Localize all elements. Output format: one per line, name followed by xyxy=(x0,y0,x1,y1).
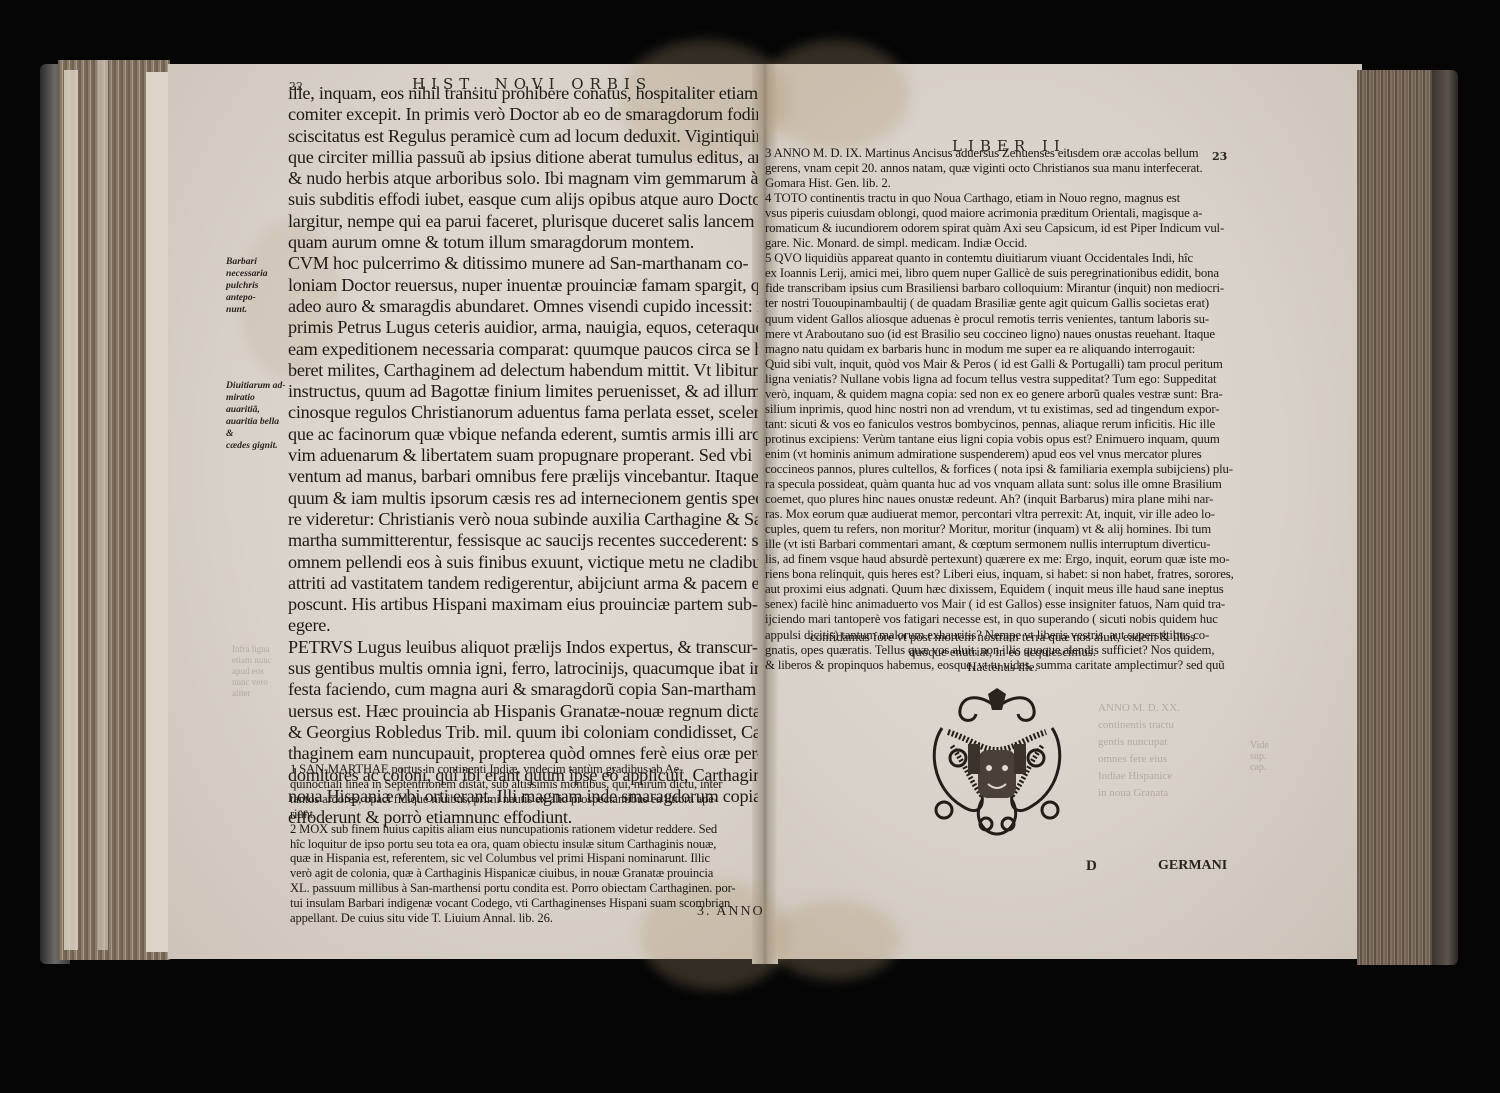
text-line: enim (vt hominis animum admiratione susp… xyxy=(765,447,1240,462)
text-line: sciscitatus est Regulus peramicè cum ad … xyxy=(288,126,758,147)
text-line: hîc loquitur de ipso portu seu tota ea o… xyxy=(290,837,760,852)
text-line: que ac facinorum quæ vbique nefanda eder… xyxy=(288,424,758,445)
text-line: beret milites, Carthaginem ad delectum h… xyxy=(288,360,758,381)
text-line: 5 QVO liquidiùs appareat quanto in conte… xyxy=(765,251,1240,266)
text-line: Hactenus ille. xyxy=(765,660,1240,675)
left-page-edges xyxy=(58,60,170,960)
text-line: fide transcribam ipsius cum Brasiliensi … xyxy=(765,281,1240,296)
text-line: PETRVS Lugus leuibus aliquot prælijs Ind… xyxy=(288,637,758,658)
text-line: tui insulam Barbari indigenæ vocant Code… xyxy=(290,896,760,911)
text-line: quum & iam multis ipsorum cæsis res ad i… xyxy=(288,488,758,509)
text-line: vsus piperis cuiusdam oblongi, quod maio… xyxy=(765,206,1240,221)
margin-note-line: pulchris antepo- xyxy=(226,280,288,304)
text-line: cinosque regulos Christianorum aduentus … xyxy=(288,402,758,423)
margin-note-line: nunt. xyxy=(226,304,288,316)
text-line: martha summitterentur, fessisque ac sauc… xyxy=(288,530,758,551)
text-line: ter nostri Tououpinambaultij ( de quadam… xyxy=(765,296,1240,311)
margin-note-line: Barbari necessaria xyxy=(226,256,288,280)
text-line: ille (vt isti Barbari commentari amant, … xyxy=(765,537,1240,552)
text-line: verò agit de colonia, quæ à Carthaginis … xyxy=(290,866,760,881)
text-line: coccineos pannos, plures cultellos, & fo… xyxy=(765,462,1240,477)
text-line: festa faciendo, cum magna auri & smaragd… xyxy=(288,679,758,700)
text-line: magno natu quidam ex barbaris hunc in mo… xyxy=(765,342,1240,357)
signature-mark: D xyxy=(1086,858,1097,875)
text-line: ventum ad manus, barbari omnibus fere pr… xyxy=(288,466,758,487)
text-line: & nudo herbis atque arboribus solo. Ibi … xyxy=(288,168,758,189)
text-line: re videretur: Christianis verò noua subi… xyxy=(288,509,758,530)
text-line: attriti ad vastitatem tandem redigerentu… xyxy=(288,573,758,594)
left-body-text: ille, inquam, eos nihil transitu prohibe… xyxy=(288,83,758,828)
left-catchword: 3. ANNO xyxy=(697,904,765,920)
text-line: riens bona relinquit, quis heres est? Li… xyxy=(765,567,1240,582)
text-line: uersus est. Hæc prouincia ab Hispanis Gr… xyxy=(288,701,758,722)
margin-note: Barbari necessariapulchris antepo-nunt. xyxy=(226,256,288,316)
text-line: gare. Nic. Monard. de simpl. medicam. In… xyxy=(765,236,1240,251)
text-line: quam aurum omne & totum illum smaragdoru… xyxy=(288,232,758,253)
text-line: silium inprimis, quod hinc nostri non ad… xyxy=(765,402,1240,417)
text-line: confidamus fore vt post mortem nostram t… xyxy=(765,630,1240,645)
text-line: 3 ANNO M. D. IX. Martinus Ancisus aduers… xyxy=(765,146,1240,161)
text-line: CVM hoc pulcerrimo & ditissimo munere ad… xyxy=(288,253,758,274)
margin-note: Diuitiarum ad-miratio auaritiã,auaritia … xyxy=(226,380,288,452)
text-line: XL. passuum millibus à San-marthensi por… xyxy=(290,881,760,896)
text-line: aut proximi eius adgnati. Quum hæc dixis… xyxy=(765,582,1240,597)
text-line: quoque enutriat, in eo acquiescimus. xyxy=(765,645,1240,660)
text-line: quinoctiali linea in Septentrionem dista… xyxy=(290,777,760,792)
text-line: que circiter millia passuũ ab ipsius dit… xyxy=(288,147,758,168)
text-line: egere. xyxy=(288,615,758,636)
text-line: vim aduenarum & libertatem suam propugna… xyxy=(288,445,758,466)
text-line: adeo auro & smaragdis abundaret. Omnes v… xyxy=(288,296,758,317)
text-line: comiter excepit. In primis verò Doctor a… xyxy=(288,104,758,125)
right-closing-text: confidamus fore vt post mortem nostram t… xyxy=(765,630,1240,675)
text-line: eam expeditionem necessaria comparat: qu… xyxy=(288,339,758,360)
text-line: cuples, quem tu refers, non moritur? Mor… xyxy=(765,522,1240,537)
text-line: tantos ardores, opaci fidique niuibus, p… xyxy=(290,792,760,807)
text-line: suis subditis effodi iubet, easque cum a… xyxy=(288,189,758,210)
text-line: largitur, nempe qui ea parui faceret, pl… xyxy=(288,211,758,232)
left-footnotes: 1 SAN-MARTHAE portus in continenti Indiæ… xyxy=(290,762,760,926)
text-line: ille, inquam, eos nihil transitu prohibe… xyxy=(288,83,758,104)
text-line: ra specula possideat, quàm quanta huc ad… xyxy=(765,477,1240,492)
right-cover-board xyxy=(1432,70,1458,965)
text-line: quæ in Hispania est, referentem, sic vel… xyxy=(290,851,760,866)
text-line: ras. Mox eorum quæ audiuerat memor, perc… xyxy=(765,507,1240,522)
text-line: primis Petrus Lugus ceteris auidior, arm… xyxy=(288,317,758,338)
show-through-text: Infra lignaetiam nuncapud eosnunc veroal… xyxy=(232,644,282,699)
text-line: ijciendo mari tantoperè vos fatigari nec… xyxy=(765,612,1240,627)
margin-note-line: Diuitiarum ad- xyxy=(226,380,288,392)
margin-note-line: auaritia bella & xyxy=(226,416,288,440)
text-line: instructus, quum ad Bagottæ finium limit… xyxy=(288,381,758,402)
text-line: appellant. De cuius situ vide T. Liuium … xyxy=(290,911,760,926)
text-line: riunt. xyxy=(290,807,760,822)
text-line: gerens, vnam cepit 20. annos natam, quæ … xyxy=(765,161,1240,176)
text-line: & Georgius Robledus Trib. mil. quum ibi … xyxy=(288,722,758,743)
text-line: loniam Doctor reuersus, nuper inuentæ pr… xyxy=(288,275,758,296)
woodcut-ornament-icon xyxy=(922,688,1072,840)
show-through-margin: Videsup.cap. xyxy=(1250,740,1290,773)
text-line: omnem pellendi eos à suis finibus exuunt… xyxy=(288,552,758,573)
text-line: romaticum & iucundiorem odorem spirat qu… xyxy=(765,221,1240,236)
margin-note-line: cædes gignit. xyxy=(226,440,288,452)
text-line: tant: sicuti & vos eo faniculos vestros … xyxy=(765,417,1240,432)
text-line: sus gentibus multis omnia igni, ferro, l… xyxy=(288,658,758,679)
text-line: Quid sibi vult, inquit, quòd vos Mair & … xyxy=(765,357,1240,372)
margin-note-line: miratio auaritiã, xyxy=(226,392,288,416)
text-line: lis, ad finem vsque haud absurdè pertexu… xyxy=(765,552,1240,567)
open-book: 22 HIST. NOVI ORBIS ille, inquam, eos ni… xyxy=(0,0,1500,1093)
text-line: ex Ioannis Lerij, amici mei, libro quem … xyxy=(765,266,1240,281)
text-line: Gomara Hist. Gen. lib. 2. xyxy=(765,176,1240,191)
show-through-text: ANNO M. D. XX.continentis tractugentis n… xyxy=(1098,700,1238,802)
text-line: verò, inquam, & quidem magna copia: sed … xyxy=(765,387,1240,402)
text-line: poscunt. His artibus Hispani maximam eiu… xyxy=(288,594,758,615)
text-line: 2 MOX sub finem huius capitis aliam eius… xyxy=(290,822,760,837)
right-catchword: GERMANI xyxy=(1158,858,1227,874)
right-page-edges xyxy=(1357,70,1437,965)
text-line: ligna veniatis? Nullane vobis ligna ad f… xyxy=(765,372,1240,387)
right-body-text: 3 ANNO M. D. IX. Martinus Ancisus aduers… xyxy=(765,146,1240,673)
text-line: quum vident Gallos aliosque aduenas è pr… xyxy=(765,312,1240,327)
water-stain xyxy=(770,900,900,980)
water-stain xyxy=(760,40,910,150)
text-line: 1 SAN-MARTHAE portus in continenti Indiæ… xyxy=(290,762,760,777)
text-line: protinus excipiens: Verùm tantane eius l… xyxy=(765,432,1240,447)
text-line: coemet, quo plures hinc naues onustæ red… xyxy=(765,492,1240,507)
text-line: mere vt Araboutano suo (id est Brasilio … xyxy=(765,327,1240,342)
text-line: 4 TOTO continentis tractu in quo Noua Ca… xyxy=(765,191,1240,206)
text-line: senex) facilè hinc animaduerto vos Mair … xyxy=(765,597,1240,612)
